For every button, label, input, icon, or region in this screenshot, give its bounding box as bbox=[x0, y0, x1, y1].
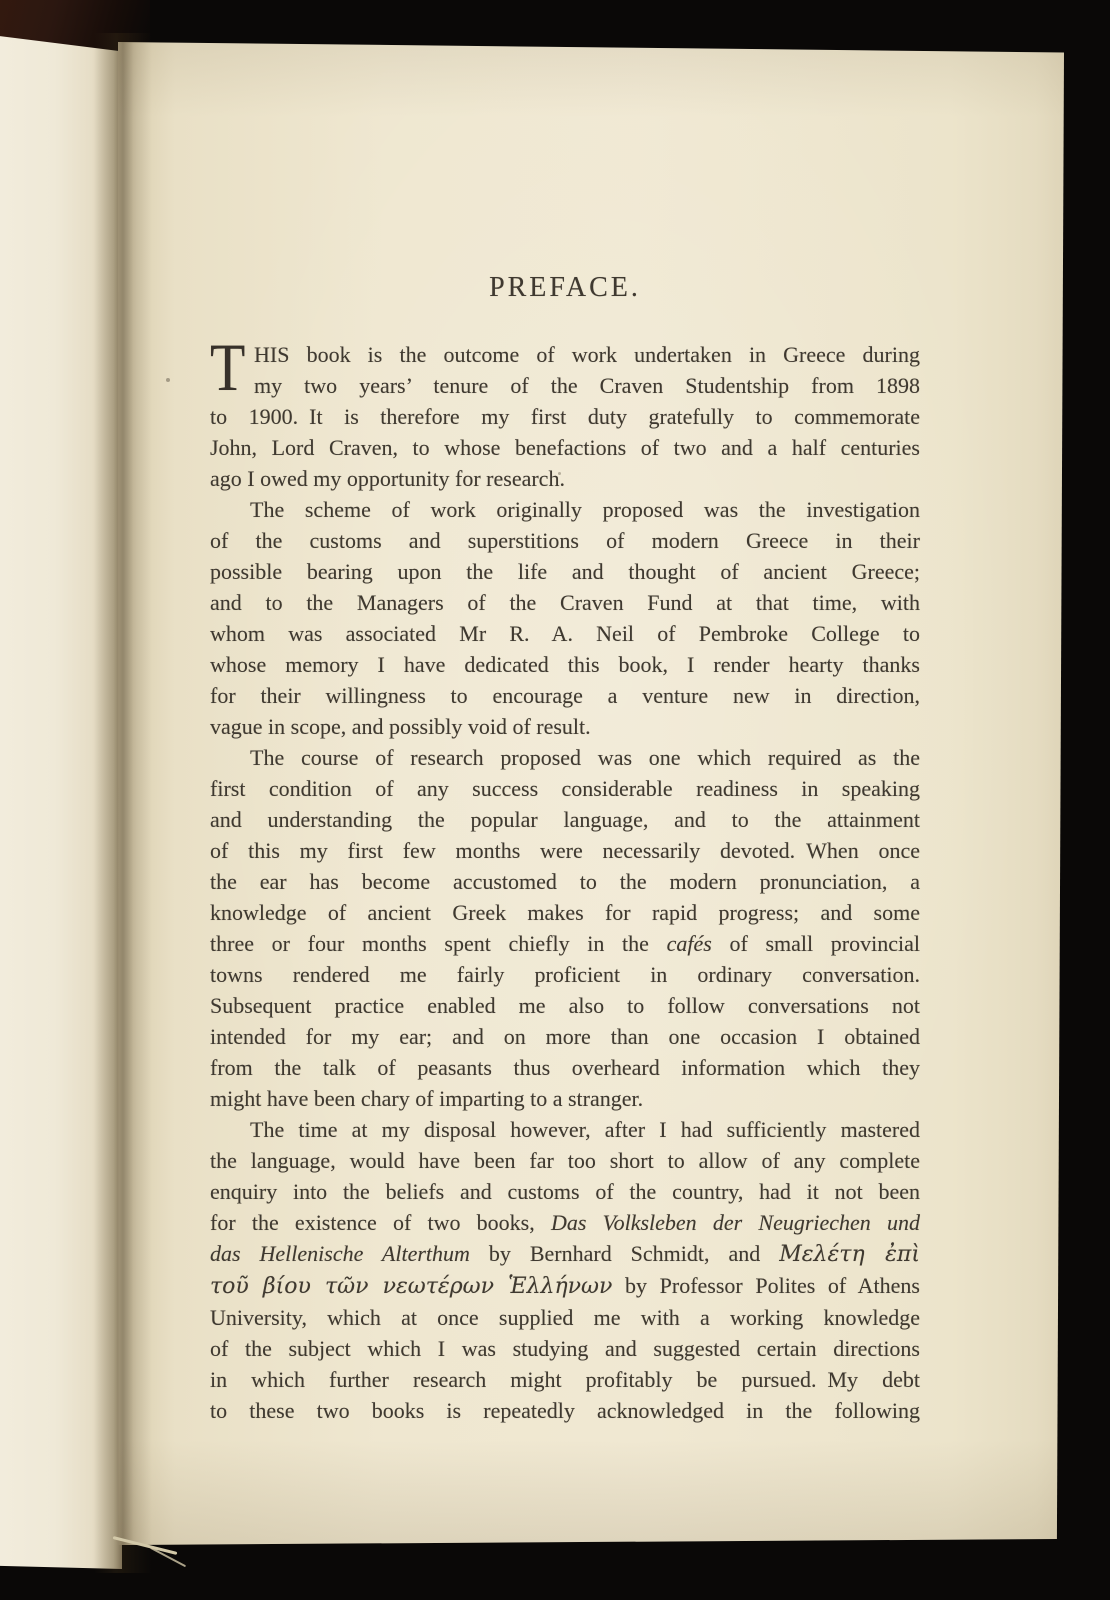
text-line: possible bearing upon the life and thoug… bbox=[210, 556, 920, 587]
text-line: and to the Managers of the Craven Fund a… bbox=[210, 587, 920, 618]
text-line: The course of research proposed was one … bbox=[210, 742, 920, 773]
text-line: from the talk of peasants thus overheard… bbox=[210, 1052, 920, 1083]
text-line: towns rendered me fairly proficient in o… bbox=[210, 959, 920, 990]
drop-cap: T bbox=[210, 328, 245, 407]
text-line: ago I owed my opportunity for research. bbox=[210, 463, 920, 494]
text-segment: The scheme of work originally proposed w… bbox=[250, 497, 920, 522]
text-segment: of this my first few months were necessa… bbox=[210, 838, 920, 863]
text-segment: my two years’ tenure of the Craven Stude… bbox=[254, 373, 920, 398]
text-segment: whose memory I have dedicated this book,… bbox=[210, 652, 920, 677]
text-segment: of small provincial bbox=[712, 931, 920, 956]
text-segment: the language, would have been far too sh… bbox=[210, 1148, 920, 1173]
text-line: the language, would have been far too sh… bbox=[210, 1145, 920, 1176]
text-line: of the customs and superstitions of mode… bbox=[210, 525, 920, 556]
text-line: whose memory I have dedicated this book,… bbox=[210, 649, 920, 680]
text-line: The scheme of work originally proposed w… bbox=[210, 494, 920, 525]
italic-text-segment: Das Volksleben der Neugriechen und bbox=[551, 1210, 920, 1235]
text-line: Subsequent practice enabled me also to f… bbox=[210, 990, 920, 1021]
text-segment: for their willingness to encourage a ven… bbox=[210, 683, 920, 708]
body-text: HIS book is the outcome of work undertak… bbox=[210, 339, 920, 1426]
text-line: to these two books is repeatedly acknowl… bbox=[210, 1395, 920, 1426]
text-line: of the subject which I was studying and … bbox=[210, 1333, 920, 1364]
text-line: University, which at once supplied me wi… bbox=[210, 1302, 920, 1333]
page-speck bbox=[558, 472, 561, 475]
text-segment: HIS book is the outcome of work undertak… bbox=[254, 342, 920, 367]
text-line: enquiry into the beliefs and customs of … bbox=[210, 1176, 920, 1207]
italic-text-segment: Μελέτη ἐπὶ bbox=[779, 1242, 920, 1267]
book-photograph: PREFACE. T HIS book is the outcome of wo… bbox=[0, 0, 1110, 1600]
text-segment: towns rendered me fairly proficient in o… bbox=[210, 962, 920, 987]
text-line: τοῦ βίου τῶν νεωτέρων Ἑλλήνων by Profess… bbox=[210, 1270, 920, 1302]
text-segment: the ear has become accustomed to the mod… bbox=[210, 869, 920, 894]
text-segment: three or four months spent chiefly in th… bbox=[210, 931, 667, 956]
page-title: PREFACE. bbox=[210, 272, 920, 304]
text-segment: from the talk of peasants thus overheard… bbox=[210, 1055, 920, 1080]
text-line: first condition of any success considera… bbox=[210, 773, 920, 804]
text-segment: of the customs and superstitions of mode… bbox=[210, 528, 920, 553]
text-segment: whom was associated Mr R. A. Neil of Pem… bbox=[210, 621, 920, 646]
text-segment: knowledge of ancient Greek makes for rap… bbox=[210, 900, 920, 925]
text-segment: possible bearing upon the life and thoug… bbox=[210, 559, 920, 584]
text-line: of this my first few months were necessa… bbox=[210, 835, 920, 866]
text-segment: for the existence of two books, bbox=[210, 1210, 551, 1235]
text-segment: in which further research might profitab… bbox=[210, 1367, 920, 1392]
page-speck bbox=[166, 378, 170, 382]
text-line: for their willingness to encourage a ven… bbox=[210, 680, 920, 711]
text-segment: to these two books is repeatedly acknowl… bbox=[210, 1398, 920, 1423]
text-line: three or four months spent chiefly in th… bbox=[210, 928, 920, 959]
text-segment: and to the Managers of the Craven Fund a… bbox=[210, 590, 920, 615]
text-line: das Hellenische Alterthum by Bernhard Sc… bbox=[210, 1238, 920, 1270]
text-segment: ago I owed my opportunity for research. bbox=[210, 466, 565, 491]
text-block: T HIS book is the outcome of work undert… bbox=[210, 339, 920, 1426]
text-segment: by Bernhard Schmidt, and bbox=[470, 1241, 779, 1266]
text-segment: of the subject which I was studying and … bbox=[210, 1336, 920, 1361]
text-line: my two years’ tenure of the Craven Stude… bbox=[210, 370, 920, 401]
text-segment: enquiry into the beliefs and customs of … bbox=[210, 1179, 920, 1204]
text-segment: vague in scope, and possibly void of res… bbox=[210, 714, 591, 739]
text-line: for the existence of two books, Das Volk… bbox=[210, 1207, 920, 1238]
text-segment: The time at my disposal however, after I… bbox=[250, 1117, 920, 1142]
text-segment: by Professor Polites of Athens bbox=[612, 1273, 920, 1298]
text-segment: The course of research proposed was one … bbox=[250, 745, 920, 770]
text-line: HIS book is the outcome of work undertak… bbox=[210, 339, 920, 370]
binding-thread bbox=[150, 1547, 186, 1568]
text-line: might have been chary of imparting to a … bbox=[210, 1083, 920, 1114]
text-line: vague in scope, and possibly void of res… bbox=[210, 711, 920, 742]
text-line: whom was associated Mr R. A. Neil of Pem… bbox=[210, 618, 920, 649]
text-line: and understanding the popular language, … bbox=[210, 804, 920, 835]
text-segment: and understanding the popular language, … bbox=[210, 807, 920, 832]
text-segment: intended for my ear; and on more than on… bbox=[210, 1024, 920, 1049]
text-line: knowledge of ancient Greek makes for rap… bbox=[210, 897, 920, 928]
text-line: the ear has become accustomed to the mod… bbox=[210, 866, 920, 897]
facing-page-edge bbox=[0, 33, 122, 1569]
text-segment: John, Lord Craven, to whose benefactions… bbox=[210, 435, 920, 460]
text-segment: Subsequent practice enabled me also to f… bbox=[210, 993, 920, 1018]
text-line: The time at my disposal however, after I… bbox=[210, 1114, 920, 1145]
italic-text-segment: cafés bbox=[667, 931, 712, 956]
book-page: PREFACE. T HIS book is the outcome of wo… bbox=[118, 42, 1064, 1545]
text-segment: might have been chary of imparting to a … bbox=[210, 1086, 643, 1111]
text-segment: to 1900. It is therefore my first duty g… bbox=[210, 404, 920, 429]
text-segment: University, which at once supplied me wi… bbox=[210, 1305, 920, 1330]
text-line: intended for my ear; and on more than on… bbox=[210, 1021, 920, 1052]
italic-text-segment: das Hellenische Alterthum bbox=[210, 1241, 470, 1266]
text-line: to 1900. It is therefore my first duty g… bbox=[210, 401, 920, 432]
text-line: John, Lord Craven, to whose benefactions… bbox=[210, 432, 920, 463]
text-line: in which further research might profitab… bbox=[210, 1364, 920, 1395]
text-segment: first condition of any success considera… bbox=[210, 776, 920, 801]
italic-text-segment: τοῦ βίου τῶν νεωτέρων Ἑλλήνων bbox=[210, 1274, 612, 1299]
